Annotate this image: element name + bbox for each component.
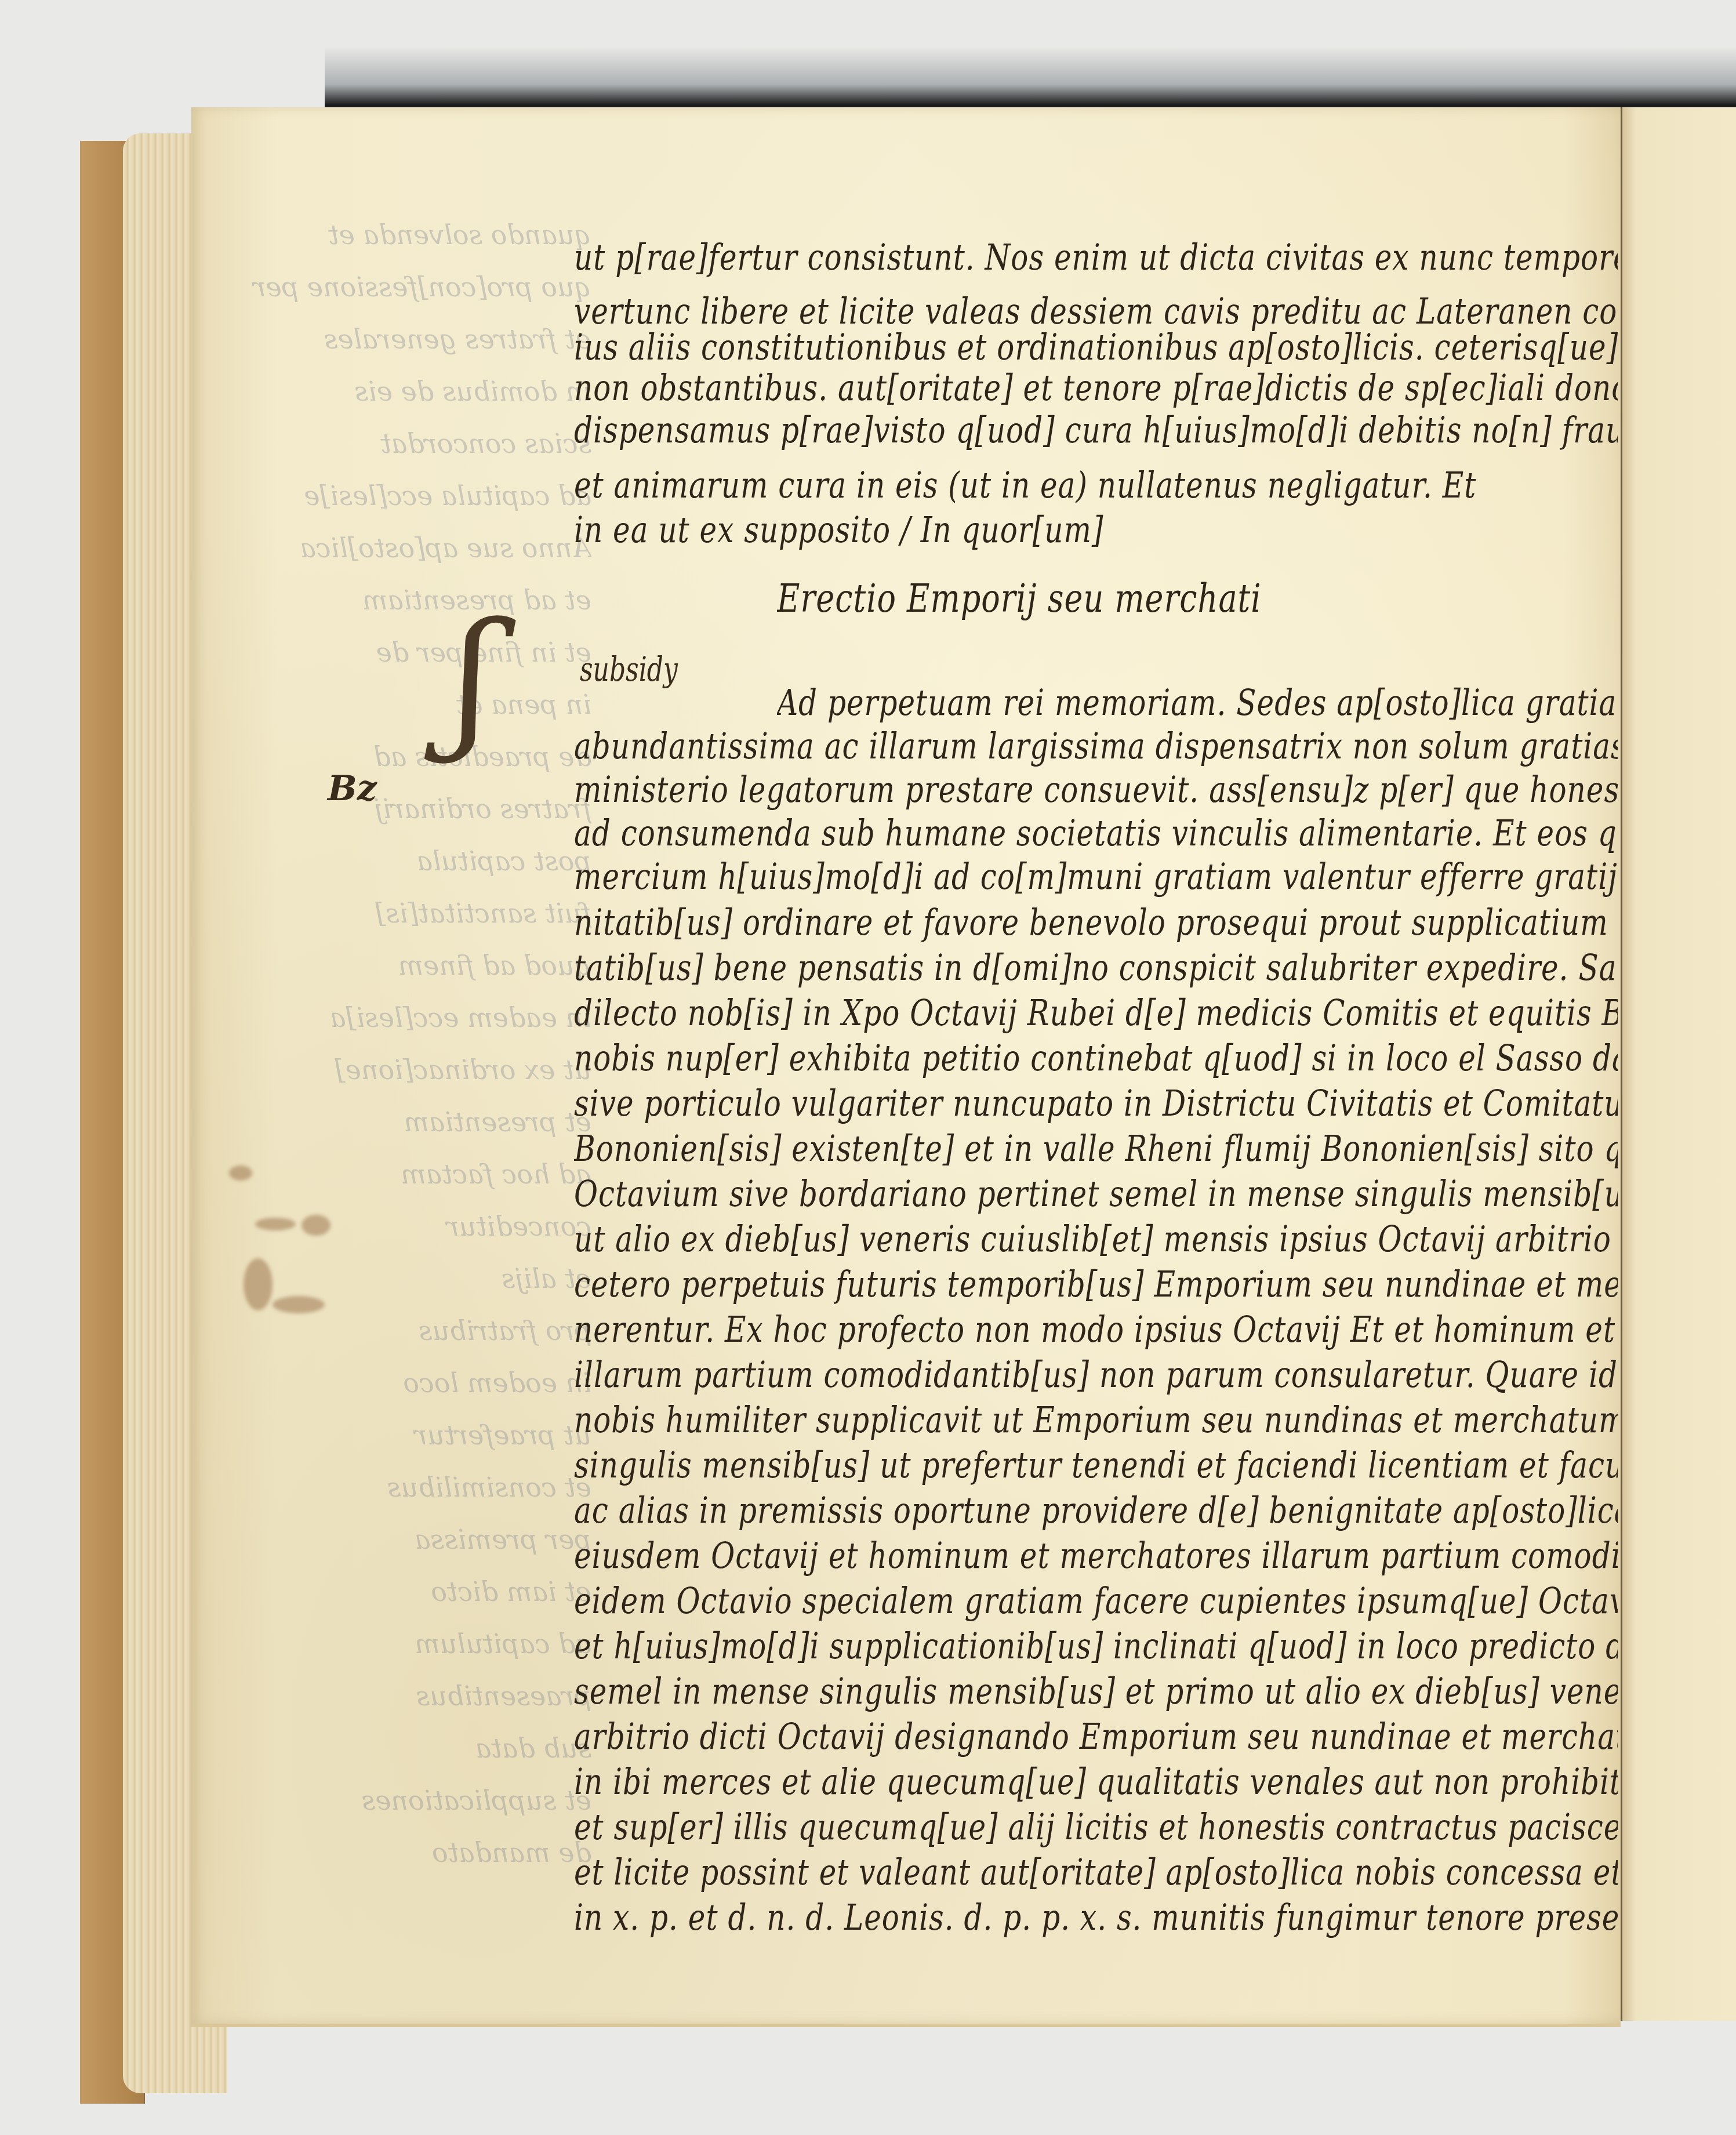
text-line: Bononien[sis] existen[te] et in valle Rh… <box>574 1128 1618 1170</box>
text-line: et h[uius]mo[d]i supplicationib[us] incl… <box>574 1625 1618 1668</box>
text-line: dilecto nob[is] in Xpo Octavij Rubei d[e… <box>574 992 1618 1034</box>
text-line: eiusdem Octavij et hominum et merchatore… <box>574 1535 1618 1577</box>
text-line: in x. p. et d. n. d. Leonis. d. p. p. x.… <box>574 1897 1618 1939</box>
text-line: nobis nup[er] exhibita petitio contineba… <box>574 1037 1618 1080</box>
text-line: nobis humiliter supplicavit ut Emporium … <box>574 1399 1618 1442</box>
text-line: ac alias in premissis oportune providere… <box>574 1490 1618 1532</box>
text-line: nerentur. Ex hoc profecto non modo ipsiu… <box>574 1309 1618 1351</box>
main-text-block: ut p[rae]fertur consistunt. Nos enim ut … <box>0 0 1736 2135</box>
text-line: et sup[er] illis quecumq[ue] alij liciti… <box>574 1806 1618 1849</box>
text-line: in ea ut ex supposito / In quor[um] <box>574 509 1618 551</box>
text-line: et licite possint et valeant aut[oritate… <box>574 1851 1618 1894</box>
scan-scene: quando solvenda etquo pro[con]fessione p… <box>0 0 1736 2135</box>
text-line: ius aliis constitutionibus et ordination… <box>574 326 1618 369</box>
text-line: Octavium sive bordariano pertinet semel … <box>574 1173 1618 1215</box>
text-line: arbitrio dicti Octavij designando Empori… <box>574 1716 1618 1758</box>
text-line: non obstantibus. aut[oritate] et tenore … <box>574 367 1618 409</box>
section-heading: Erectio Emporij seu merchati <box>777 575 1736 621</box>
text-line: ad consumenda sub humane societatis vinc… <box>574 812 1618 855</box>
text-line: Ad perpetuam rei memoriam. Sedes ap[osto… <box>777 682 1618 724</box>
text-line: dispensamus p[rae]visto q[uod] cura h[ui… <box>574 409 1618 452</box>
text-line: nitatib[us] ordinare et favore benevolo … <box>574 902 1618 944</box>
text-line: mercium h[uius]mo[d]i ad co[m]muni grati… <box>574 856 1618 898</box>
text-line: abundantissima ac illarum largissima dis… <box>574 725 1618 768</box>
text-line: singulis mensib[us] ut prefertur tenendi… <box>574 1444 1618 1487</box>
text-line: ministerio legatorum prestare consuevit.… <box>574 769 1618 811</box>
text-line: tatib[us] bene pensatis in d[omi]no cons… <box>574 947 1618 989</box>
text-line: illarum partium comodidantib[us] non par… <box>574 1354 1618 1396</box>
text-line: ut alio ex dieb[us] veneris cuiuslib[et]… <box>574 1218 1618 1261</box>
text-line: cetero perpetuis futuris temporib[us] Em… <box>574 1263 1618 1306</box>
text-line: ut p[rae]fertur consistunt. Nos enim ut … <box>574 237 1618 279</box>
text-line: in ibi merces et alie quecumq[ue] qualit… <box>574 1761 1618 1803</box>
text-line: eidem Octavio specialem gratiam facere c… <box>574 1580 1618 1622</box>
text-line: semel in mense singulis mensib[us] et pr… <box>574 1671 1618 1713</box>
text-line: sive porticulo vulgariter nuncupato in D… <box>574 1083 1618 1125</box>
text-line: et animarum cura in eis (ut in ea) nulla… <box>574 464 1618 507</box>
